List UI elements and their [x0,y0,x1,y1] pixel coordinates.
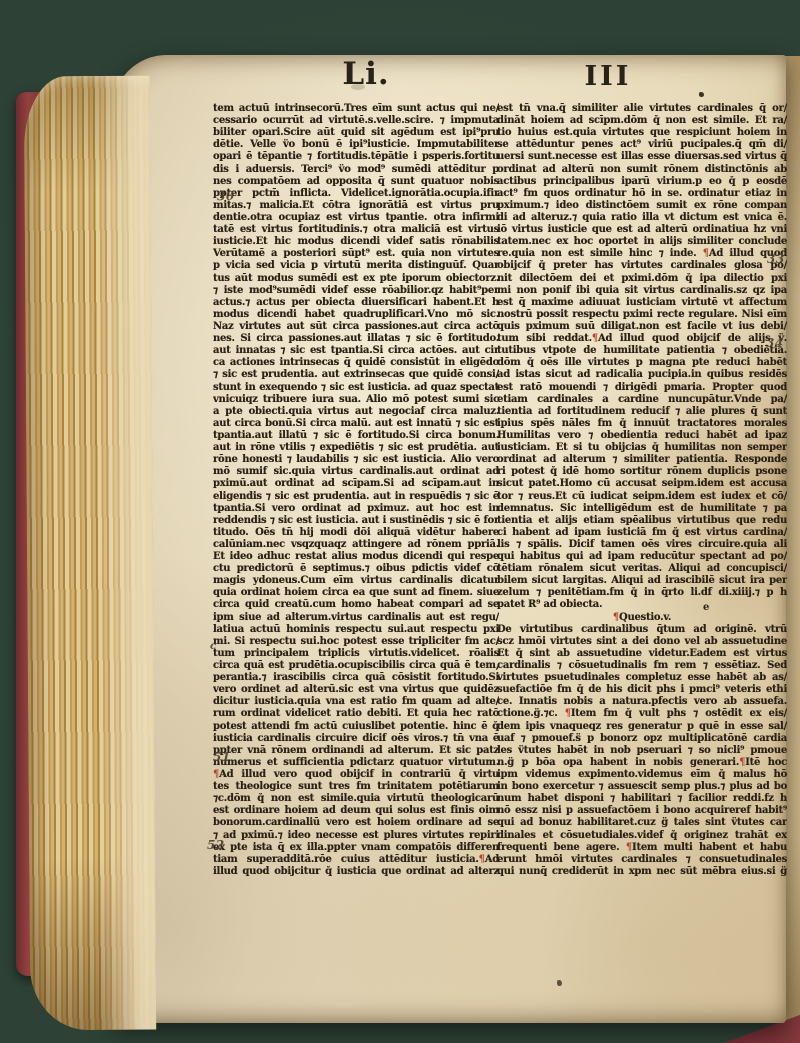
text-line: modus dicendi habet quadruplificari.Vno … [213,309,499,321]
text-line: frequenti bene agere. ¶Item multi habent… [497,842,787,854]
text-line: pximū.aut ordinat ad scīpam.Si ad scīpam… [213,478,499,490]
text-line: uaf ⁊ pmouef.s̈ p bonorz opz multiplicat… [497,733,787,745]
text-line: opari ē tēpantie ⁊ fortitudis.tēpātie i … [213,151,499,163]
text-line: mitas.⁊ malicia.Et cōtra ignorātiā est v… [213,200,499,212]
text-line: mi non ponif ibi quia sit virtus cardina… [497,285,787,297]
text-line: ri potest q̊ idē homo sortitur rōnem dup… [497,466,787,478]
text-line: ¶Ad illud vero quod obijcif in contrariū… [213,769,499,781]
text-line: bonorum.cardinaliū vero est hoiem ordina… [213,817,499,829]
text-line: mi. Si respectu sui.hoc potest esse trip… [213,636,499,648]
text-line: tum sibi reddat.¶Ad illud quod obijcif d… [497,333,787,345]
text-line: reddendis ⁊ sic est iusticia. aut i sust… [213,515,499,527]
text-line: iusticie.Et hic modus dicendi videf sati… [213,236,499,248]
text-line: ex pte ista q̄ ex illa.ppter vnam compat… [213,842,499,854]
pilcrow-rubric: ¶ [703,248,709,259]
text-line: quis pximum suū diligat.non est facile v… [497,321,787,333]
text-line: nes compatōem ad opposita q̄ sunt quatuo… [213,176,499,188]
text-line: act⁹ fm quos ordinatur hō in se. ordinat… [497,188,787,200]
text-line: tientia ad fortitudinem reducif ⁊ alie p… [497,406,787,418]
text-line: tētiam rōnalem sicut veritas. Aliqui ad … [497,563,787,575]
text-line: ipm videmus expimento.videmus eīm q̊ mal… [497,769,787,781]
text-line: iusticiam. Et si tu obijcias q̊ humilita… [497,442,787,454]
text-line: Naz virtutes aut sūt circa passiones.aut… [213,321,499,333]
text-line: illud quod obijcitur q̊ iusticia que ord… [213,866,499,878]
margin-note-33: 33 [767,252,785,266]
text-line: eligendis ⁊ sic est prudentia. aut in re… [213,491,499,503]
text-line: dināt hoiem ad scīpm.dōm q̊ non est simi… [497,115,787,127]
text-line: Humilitas vero ⁊ obedientia reduci habēt… [497,430,787,442]
text-line: ⁊ ad pximū.⁊ ideo necesse est plures vir… [213,830,499,842]
text-line: ¶Questio.v. [497,612,787,624]
text-line: uersi sunt.necesse est illas esse diuers… [497,151,787,163]
text-line: demnatus. Sic intelligēdum est de humili… [497,503,787,515]
text-line: iusticia cardinalis circuire dicif oēs v… [213,733,499,745]
text-line: ci habent ad ipam iusticiā fm q̊ est vir… [497,527,787,539]
text-line: ppter pctm̄ inflicta. Videlicet.ignorāti… [213,188,499,200]
text-line: nō essz nisi p assuefactōem i bono acqui… [497,805,787,817]
text-line: magis ydoneus.Cum eīm virtus cardinalis … [213,575,499,587]
text-line: a pte obiecti.quia virtus aut negociaf c… [213,406,499,418]
text-line: qui nunq̄ crediderūt in xpm nec sūt mēbr… [497,866,787,878]
text-line: pximum.⁊ ideo distinctōem sumit ex rōne … [497,200,787,212]
text-line: ctione.g̈.⁊c. ¶Item fm q̊ vult phs ⁊ ost… [497,708,787,720]
text-line: ⁊ iste mod⁹sumēdi videf esse rōabilior.q… [213,285,499,297]
text-line: tes theologice sunt tres fm trinitatem p… [213,781,499,793]
text-line: p vicia sed vicia p virtutū merita disti… [213,260,499,272]
text-line: qui ad bonuz habilitaret.cuz g̈ tales si… [497,817,787,829]
text-line: n.g̈ p bōa opa habent in nobis generari.… [497,757,787,769]
pilcrow-rubric: ¶ [739,757,745,768]
text-line: nes. Si circa passiones.aut illatas ⁊ si… [213,333,499,345]
text-line: ca actiones intrinsecas q̄ quidē consist… [213,357,499,369]
text-line: Et q̊ sint ab assuetudine videtur.Eadem … [497,648,787,660]
text-line: tiam superadditā.rōe cuius attēditur ius… [213,854,499,866]
text-line: est tn̄ vna.q̄ similiter alie virtutes c… [497,103,787,115]
text-line: tpantia.aut illatū ⁊ sic ē fortitudo.Si … [213,430,499,442]
ink-speck [699,92,704,97]
text-line: est q̄ maxime adiuuat iusticiam virtutē … [497,297,787,309]
text-column-left: tem actuū intrinsecorū.Tres eīm sunt act… [213,103,499,885]
pilcrow-rubric: ¶ [213,769,219,780]
text-line: etiam cardinales a cardine nuncupātur.Vn… [497,394,787,406]
text-line: ppter vnā rōnem ordinandi ad alterum. Et… [213,745,499,757]
text-line: vero ordinet ad alterū.sic est vna virtu… [213,684,499,696]
text-line: vnicuiqz tribuere iura sua. Alio mō pote… [213,394,499,406]
margin-note-51: 51 [213,750,231,764]
text-line: tatē est virtus fortitudinis.⁊ otra mali… [213,224,499,236]
text-line: ctu predictorū ē septimus.⁊ oibus pdicti… [213,563,499,575]
text-line: ad istas sicut ad radicalia pucipia.in q… [497,369,787,381]
text-line: tpantia.Si vero ordinat ad pximuz. aut h… [213,503,499,515]
margin-note-30: 30 [217,189,235,204]
text-line: dicitur iusticia.quia vna est ratio fm q… [213,696,499,708]
text-line: se attēduntur penes act⁹ viriū pucipales… [497,139,787,151]
text-line: ordinat ad alterum ⁊ similiter patientia… [497,454,787,466]
text-line: quia ordinat hoiem circa ea que sunt ad … [213,587,499,599]
text-line: tatem.nec ex hoc oportet in alijs simili… [497,236,787,248]
text-line: patet R⁹ ad obiecta. [497,599,787,611]
text-line: mō sumif sic.quia virtus cardinalis.aut … [213,466,499,478]
text-line: actibus principalibus iparū virium.p eo … [497,176,787,188]
margin-note-52: 52 [207,838,225,852]
text-line: nostrū possit respectu pximi recte regul… [497,309,787,321]
text-line: sicut patet.Homo cū accusat seipm.idem e… [497,478,787,490]
text-line: De virtutibus cardinalibus q̄tum ad orig… [497,624,787,636]
text-line: ipius spēs nāles fm q̊ innuūt tractatore… [497,418,787,430]
text-line: rum ordinat videlicet ratio debiti. Et q… [213,708,499,720]
text-line: circa quid creatū.cum homo habeat compar… [213,599,499,611]
text-line: obijcif q̊ preter has virtutes cardinale… [497,260,787,272]
text-line: aut circa bonū.Si circa malū. aut est in… [213,418,499,430]
pilcrow-rubric: ¶ [479,854,485,865]
text-line: dis i aduersis. Terci⁹ v̈o mod⁹ sumēdi a… [213,164,499,176]
text-line: in bono exercetur ⁊ assuescit semp plus.… [497,781,787,793]
ink-speck [351,84,365,90]
margin-note-c: c [210,641,217,652]
text-line: est ordinare hoiem ad deum qui solus est… [213,805,499,817]
text-line: ce. Innatis nobis a natura.pfectis vero … [497,696,787,708]
text-line: perantia.⁊ irascibilis circa quā cōsisti… [213,672,499,684]
text-line: dētie. Velle v̈o bonū ē ipi⁹iusticie. Im… [213,139,499,151]
text-line: bilem sicut largitas. Aliqui ad irascibi… [497,575,787,587]
text-line: nit dilectōem dei et pximi.dōm q̊ ipa di… [497,273,787,285]
text-line: num habet disponi ⁊ habilitari ⁊ facilio… [497,793,787,805]
text-line: dinales et cōsuetudiales.videf q̊ origin… [497,830,787,842]
text-line: lis ⁊ spālis. Dicif tamen oēs vires circ… [497,539,787,551]
text-line: ⁊ sic est prudentia. aut extrinsecas que… [213,369,499,381]
text-line: cessario ocurrūt ad virtutē.s.velle.scir… [213,115,499,127]
text-line: Et ideo adhuc restat alius modus dicendi… [213,551,499,563]
printed-text-layer: Li. III tem actuū intrinsecorū.Tres eīm … [0,0,800,1043]
text-line: tientia et alijs etiam spēalibus virtuti… [497,515,787,527]
text-column-right: est tn̄ vna.q̄ similiter alie virtutes c… [497,103,787,885]
text-line: scz hmōi virtutes sint a dei dono vel ab… [497,636,787,648]
ink-speck [557,980,562,986]
text-line: circa quā est prudētia.ocupiscibilis cir… [213,660,499,672]
text-line: biliter opari.Scire aūt quid sit agēdum … [213,127,499,139]
text-line: tutibus vtpote de humilitate patientia ⁊… [497,345,787,357]
text-line: est ratō mouendi ⁊ dirigēdi pmaria. Prop… [497,382,787,394]
text-line: tio huius est.quia virtutes que respiciu… [497,127,787,139]
text-line: aut innatas ⁊ sic est tpantia.Si circa a… [213,345,499,357]
text-line: stunt in exequendo ⁊ sic est iusticia. a… [213,382,499,394]
pilcrow-rubric: ¶ [626,842,632,853]
text-line: calūniam.nec vsqzquaqz attingere ad rōne… [213,539,499,551]
text-line: tem actuū intrinsecorū.Tres eīm sunt act… [213,103,499,115]
text-line: suefactiōe fm q̊ de his dicit phs i pmci… [497,684,787,696]
text-line: latiua actuū hominis respectu sui.aut re… [213,624,499,636]
text-line: qui habitus qui ad ipam reducūtur specta… [497,551,787,563]
pilcrow-rubric: ¶ [592,333,598,344]
margin-note-34: 34 [766,336,784,350]
text-line: actus.⁊ actus per obiecta diuersificari … [213,297,499,309]
text-line: tus aūt modus sumēdi est ex pte iporum o… [213,273,499,285]
text-line: aut in rōne vtilis ⁊ expediētis ⁊ sic es… [213,442,499,454]
page-header-right: III [570,61,646,92]
text-line: titudo. Oēs tn̄ hij modi dōi aliquā vidē… [213,527,499,539]
text-line: tum principalem triplicis virtutis.videl… [213,648,499,660]
text-line: rōne honesti ⁊ laudabilis ⁊ sic est iust… [213,454,499,466]
text-line: numerus et sufficientia pdictarz quatuor… [213,757,499,769]
photo-background: Li. III tem actuū intrinsecorū.Tres eīm … [0,0,800,1043]
text-line: dentie.otra ocupiaz est virtus tpantie. … [213,212,499,224]
page-header-left: Li. [330,56,402,92]
text-line: re.quia non est simile hinc ⁊ inde. ¶Ad … [497,248,787,260]
text-line: virtutes psuetudinales completuz esse ha… [497,672,787,684]
text-line: di ad alteruz.⁊ quia ratio illa vt dictu… [497,212,787,224]
text-line: cardinalis ⁊ cōsuetudinalis fm rem ⁊ ess… [497,660,787,672]
text-line: ⁊c.dōm q̊ non est simile.quia virtutū th… [213,793,499,805]
text-line: ordinat ad alterū non sumit rōnem distin… [497,164,787,176]
text-line: dōm q̊ oēs ille virtutes p magna pte red… [497,357,787,369]
signature-letter-e: e [703,602,709,613]
text-line: dem ipis vnaqueqz res generatur p quē in… [497,721,787,733]
text-line: potest attendi fm actū cuiuslibet potent… [213,721,499,733]
text-line: Verūtamē a posteriori sūpt⁹ est. quia no… [213,248,499,260]
text-line: ipm siue ad alterum.virtus cardinalis au… [213,612,499,624]
text-line: erunt hmōi virtutes cardinales ⁊ consuet… [497,854,787,866]
text-line: iō virtus iusticie que est ad alterū ord… [497,224,787,236]
text-line: zelum ⁊ penitētiam.fm q̊ in q̄rto li.df̄… [497,587,787,599]
pilcrow-rubric: ¶ [565,708,571,719]
text-line: les v̈tutes habēt in nob pseruari ⁊ so n… [497,745,787,757]
text-line: tor ⁊ reus.Et cū iudicat seipm.idem est … [497,491,787,503]
pilcrow-rubric: ¶ [613,612,619,623]
